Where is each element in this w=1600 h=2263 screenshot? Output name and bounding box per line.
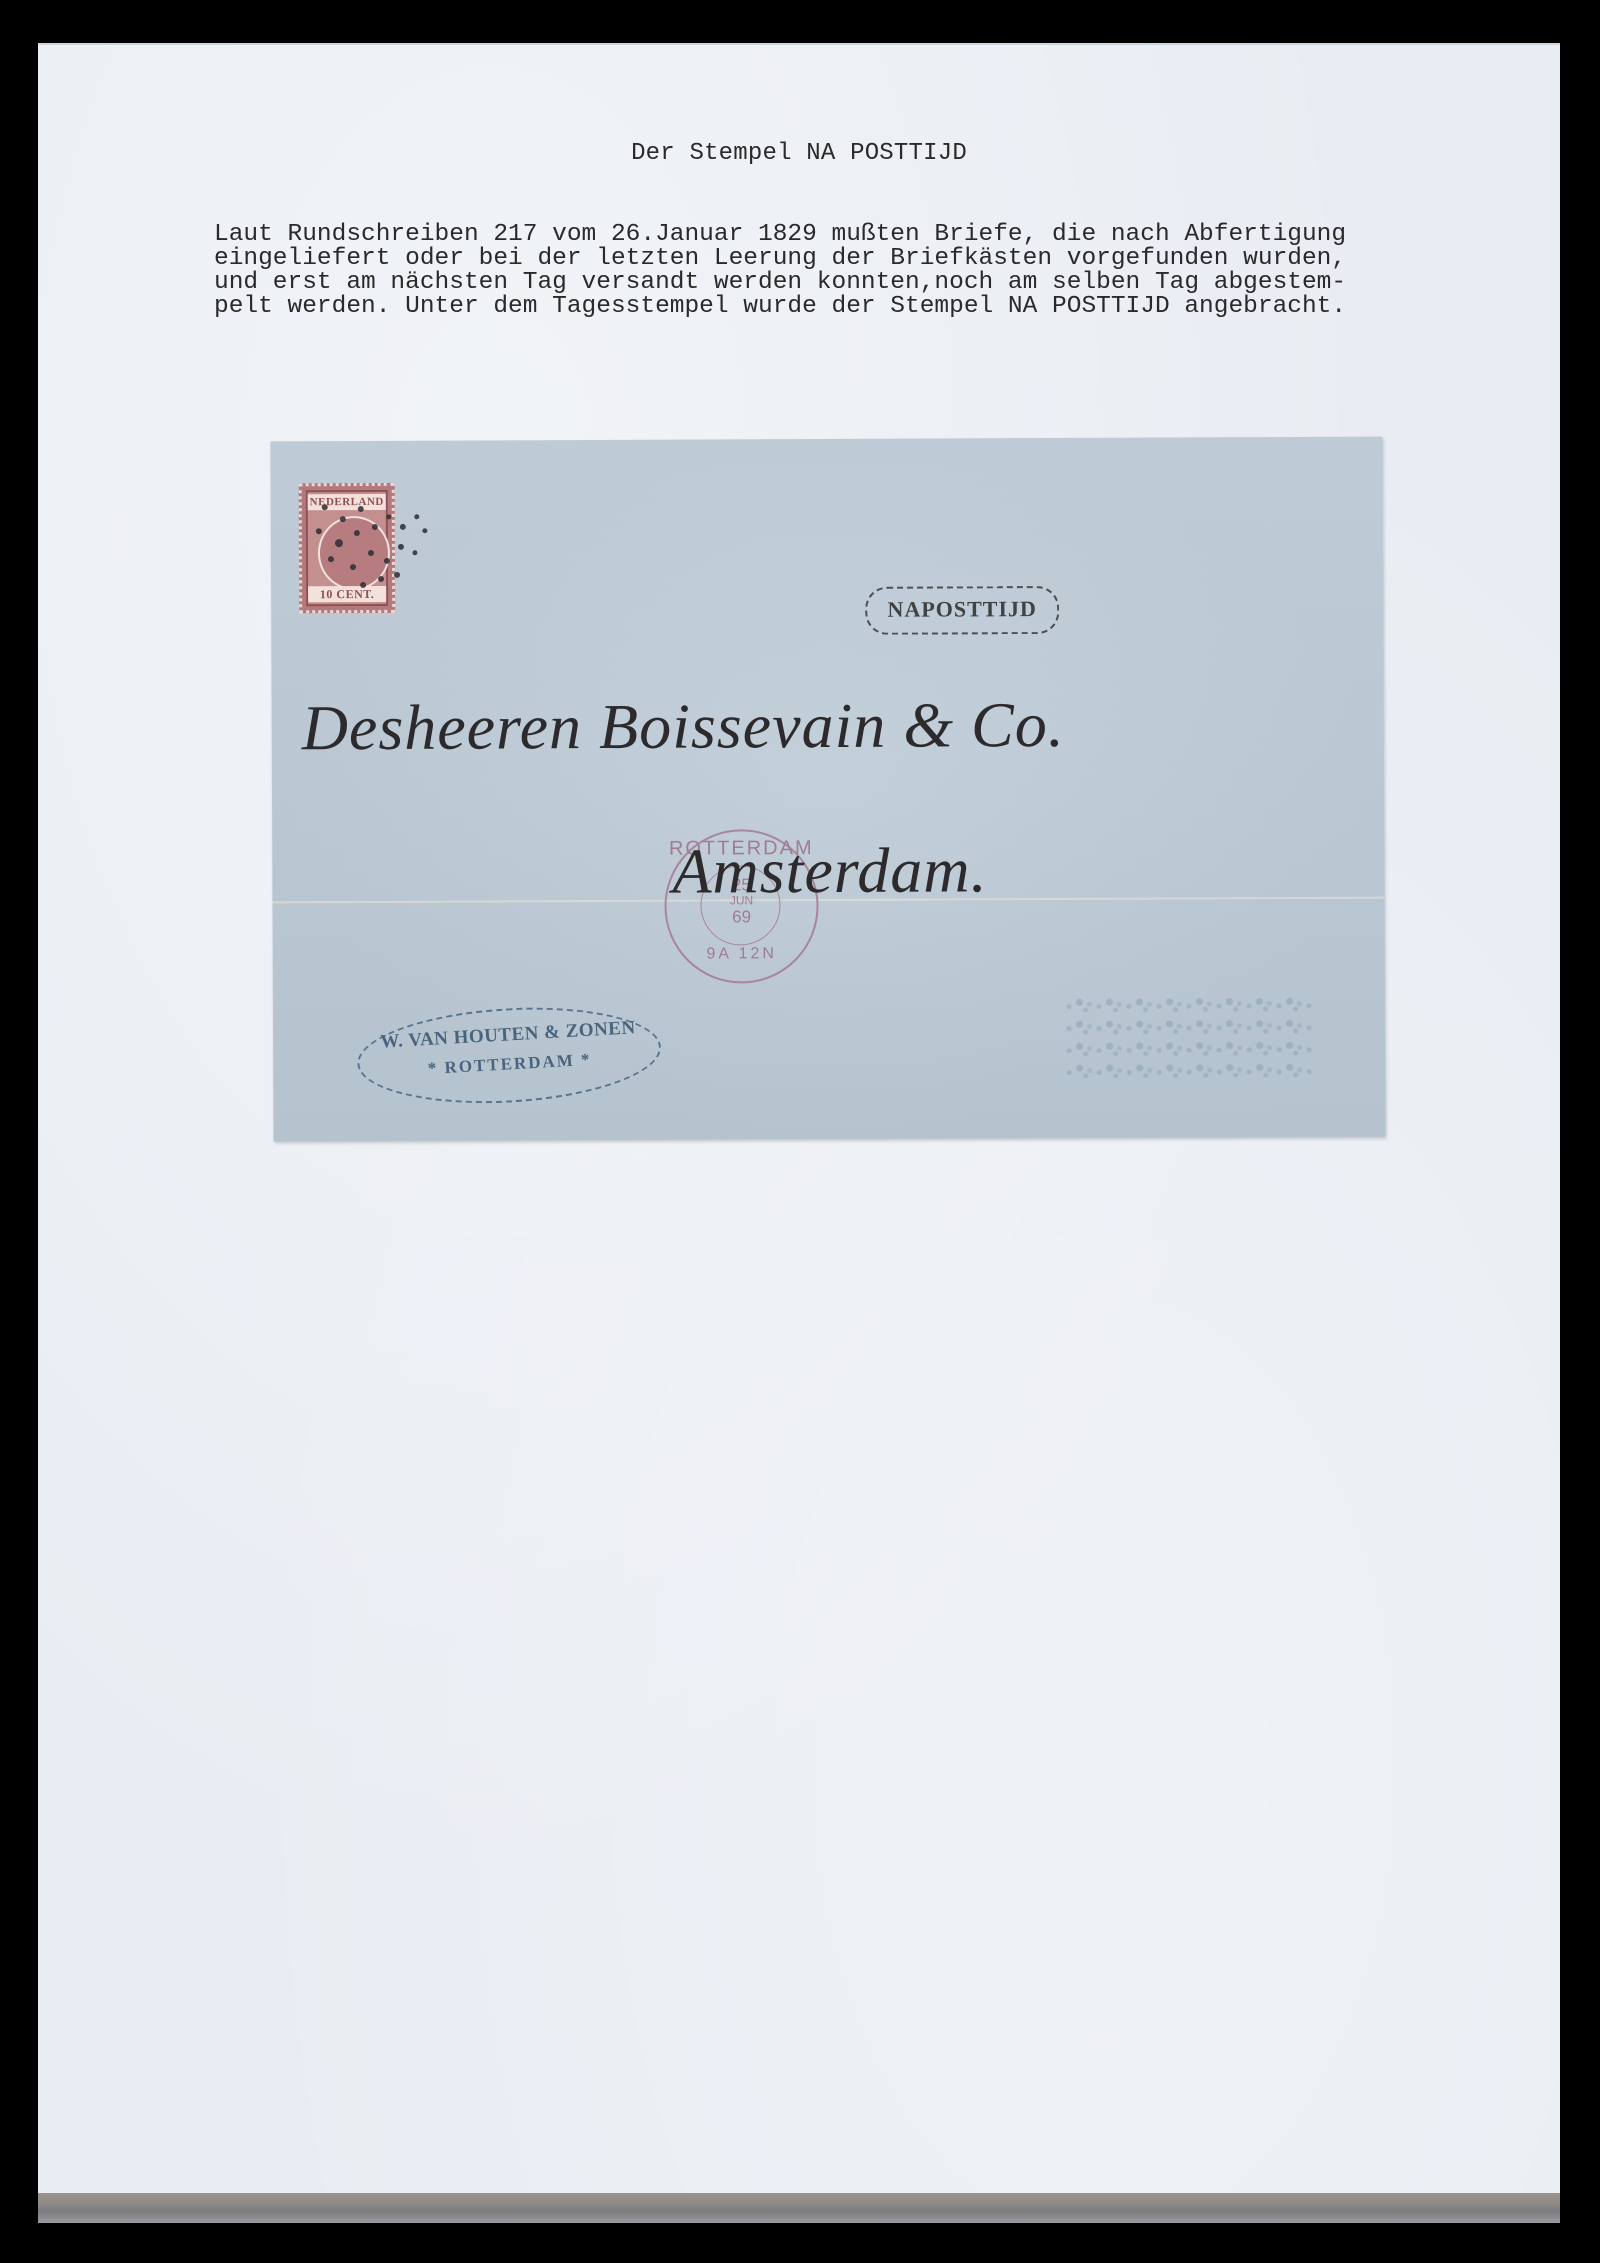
- na-posttijd-cancel: NAPOSTTIJD: [865, 586, 1059, 635]
- intro-line: und erst am nächsten Tag versandt werden…: [214, 269, 1346, 296]
- album-page: Der Stempel NA POSTTIJD Laut Rundschreib…: [38, 43, 1560, 2195]
- page-title: Der Stempel NA POSTTIJD: [38, 140, 1560, 167]
- intro-text: Laut Rundschreiben 217 vom 26.Januar 182…: [214, 223, 1444, 319]
- album-page-edge: [38, 2193, 1560, 2223]
- intro-line: pelt werden. Unter dem Tagesstempel wurd…: [214, 293, 1346, 320]
- dotted-cancel-icon: [305, 487, 445, 598]
- address-line-2: Amsterdam.: [672, 833, 987, 908]
- sender-cachet: W. VAN HOUTEN & ZONEN * ROTTERDAM *: [355, 1000, 664, 1111]
- datestamp-time: 9A 12N: [667, 945, 817, 964]
- postal-cover: NEDERLAND 10 CENT. NAPOSTTIJD Desheeren …: [270, 437, 1385, 1142]
- datestamp-year: 69: [667, 907, 817, 928]
- intro-line: eingeliefert oder bei der letzten Leerun…: [214, 245, 1346, 272]
- faint-handstamp: [1063, 997, 1313, 1078]
- address-line-1: Desheeren Boissevain & Co.: [302, 688, 1065, 765]
- intro-line: Laut Rundschreiben 217 vom 26.Januar 182…: [214, 221, 1346, 248]
